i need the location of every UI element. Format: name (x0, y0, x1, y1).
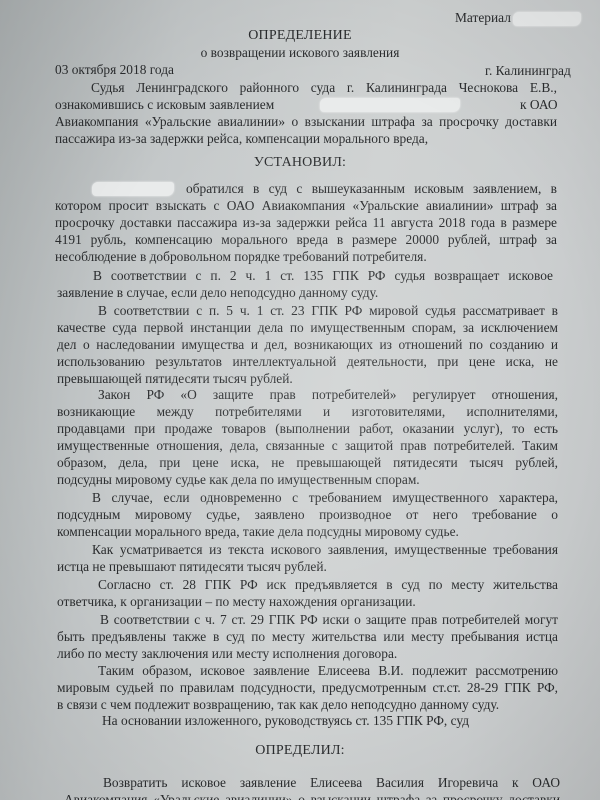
established-line: использованию результатов интеллектуальн… (57, 354, 558, 370)
redacted-plaintiff-name (92, 182, 174, 196)
intro-line: Авиакомпания «Уральские авиалинии» о взы… (55, 114, 557, 130)
established-line: мировым судьей по правилам подсудности, … (57, 680, 558, 696)
material-label: Материал (455, 10, 511, 25)
established-line: подсудны мировому судье как дела по имущ… (57, 472, 420, 488)
established-line: В соответствии с ч. 7 ст. 29 ГПК РФ иски… (100, 612, 558, 628)
document-city: г. Калининград (485, 63, 571, 79)
established-line: Закон РФ «О защите прав потребителей» ре… (98, 387, 558, 403)
established-line: качестве суда первой инстанции дела по и… (57, 320, 558, 336)
redacted-material-number (513, 12, 581, 26)
intro-line: пассажира из-за задержки рейса, компенса… (55, 131, 428, 147)
established-line: подсудным мировому судье, заявлено произ… (57, 507, 558, 523)
established-heading: УСТАНОВИЛ: (0, 155, 600, 171)
document-subtitle: о возвращении искового заявления (0, 45, 600, 61)
document-date: 03 октября 2018 года (55, 62, 174, 78)
established-line: В соответствии с п. 5 ч. 1 ст. 23 ГПК РФ… (98, 303, 558, 319)
established-line: котором просит взыскать с ОАО Авиакомпан… (55, 198, 557, 214)
established-line: заявление в случае, если дело неподсудно… (57, 285, 378, 301)
redacted-plaintiff-name (320, 98, 460, 112)
established-line: компенсации морального вреда, такие дела… (57, 524, 459, 540)
established-line: образом, дела, при цене иска, не превыша… (57, 455, 558, 471)
decided-heading: ОПРЕДЕЛИЛ: (0, 743, 600, 759)
intro-line: Судья Ленинградского районного суда г. К… (91, 80, 557, 96)
established-line: В случае, если одновременно с требование… (92, 490, 558, 506)
established-line: Как усматривается из текста искового зая… (92, 542, 558, 558)
document-title: ОПРЕДЕЛЕНИЕ (0, 28, 600, 44)
established-line: Согласно ст. 28 ГПК РФ иск предъявляется… (98, 577, 558, 593)
established-line: имущественные отношения, дела, связанные… (57, 438, 558, 454)
intro-line: ознакомившись с исковым заявлением (55, 97, 274, 113)
established-line: истца не превышают пятидесяти тысяч рубл… (57, 559, 327, 575)
decided-line: Возвратить исковое заявление Елисеева Ва… (103, 775, 560, 791)
established-line: несоблюдение в добровольном порядке треб… (55, 249, 427, 265)
established-line: продавцами при продаже товаров (выполнен… (57, 421, 558, 437)
established-line: возникающие между потребителями и изгото… (57, 404, 558, 420)
established-line: ответчика, к организации – по месту нахо… (57, 594, 416, 610)
established-line: Таким образом, исковое заявление Елисеев… (98, 663, 558, 679)
document-page: Материал ОПРЕДЕЛЕНИЕ о возвращении исков… (0, 0, 600, 800)
decided-line: Авиакомпания «Уральские авиалинии» о взы… (64, 792, 560, 800)
established-line: либо по месту заключения или месту испол… (57, 646, 397, 662)
established-line: 4191 рубль, компенсацию морального вреда… (55, 232, 557, 248)
established-line: превышающей пятидесяти тысяч рублей. (57, 371, 293, 387)
material-number: Материал (455, 10, 581, 26)
established-line: дел о наследовании имущества и дел, возн… (57, 337, 558, 353)
established-line: В соответствии с п. 2 ч. 1 ст. 135 ГПК Р… (93, 268, 553, 284)
established-line: просрочку доставки пассажира из-за задер… (55, 215, 557, 231)
intro-line: к ОАО (520, 97, 558, 113)
established-line: быть предъявлены также в суд по месту жи… (57, 629, 558, 645)
established-line: На основании изложенного, руководствуясь… (102, 713, 469, 729)
established-line: в связи с чем подлежит возвращению, так … (57, 697, 499, 713)
established-line: обратился в суд с вышеуказанным исковым … (186, 181, 557, 197)
